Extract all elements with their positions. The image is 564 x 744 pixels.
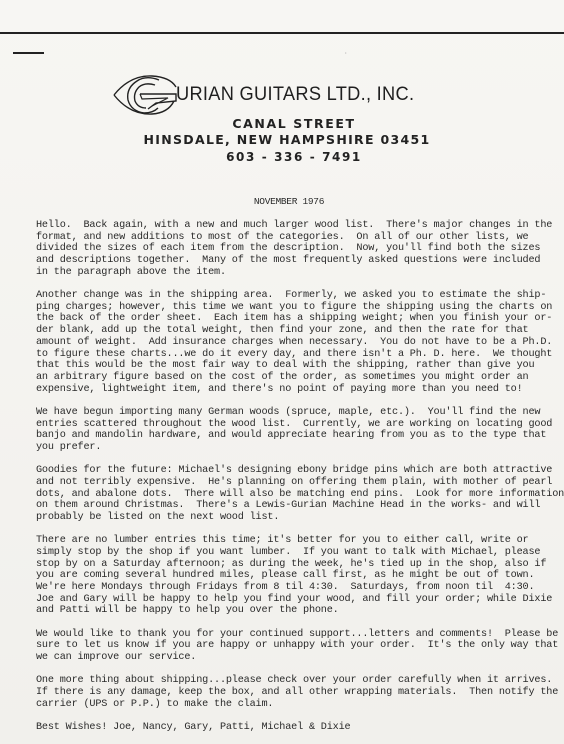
letter-body: Hello. Back again, with a new and much l… [36, 220, 556, 744]
paragraph-german-woods: We have begun importing many German wood… [36, 407, 556, 454]
paragraph-goodies: Goodies for the future: Michael's design… [36, 465, 556, 524]
phone-number: 603 - 336 - 7491 [0, 150, 564, 164]
letter-date: NOVEMBER 1976 [0, 196, 564, 207]
letter-page: · URIAN GUITARS LTD., INC. CANAL STREET … [0, 0, 564, 744]
margin-mark [13, 52, 44, 54]
paragraph-thanks: We would like to thank you for your cont… [36, 629, 556, 664]
paragraph-lumber-hours: There are no lumber entries this time; i… [36, 535, 556, 617]
paper-speck: · [344, 50, 348, 57]
paragraph-intro: Hello. Back again, with a new and much l… [36, 220, 556, 279]
signature: Best Wishes! Joe, Nancy, Gary, Patti, Mi… [36, 722, 556, 734]
company-name: URIAN GUITARS LTD., INC. [176, 84, 414, 106]
street-address: CANAL STREET [0, 116, 564, 131]
city-state-zip: HINSDALE, NEW HAMPSHIRE 03451 [0, 132, 564, 147]
paragraph-shipping: Another change was in the shipping area.… [36, 290, 556, 395]
top-rule [0, 32, 564, 34]
paragraph-damage-claims: One more thing about shipping...please c… [36, 675, 556, 710]
g-eye-logo-icon [112, 73, 178, 117]
logo-row: URIAN GUITARS LTD., INC. [112, 72, 424, 118]
